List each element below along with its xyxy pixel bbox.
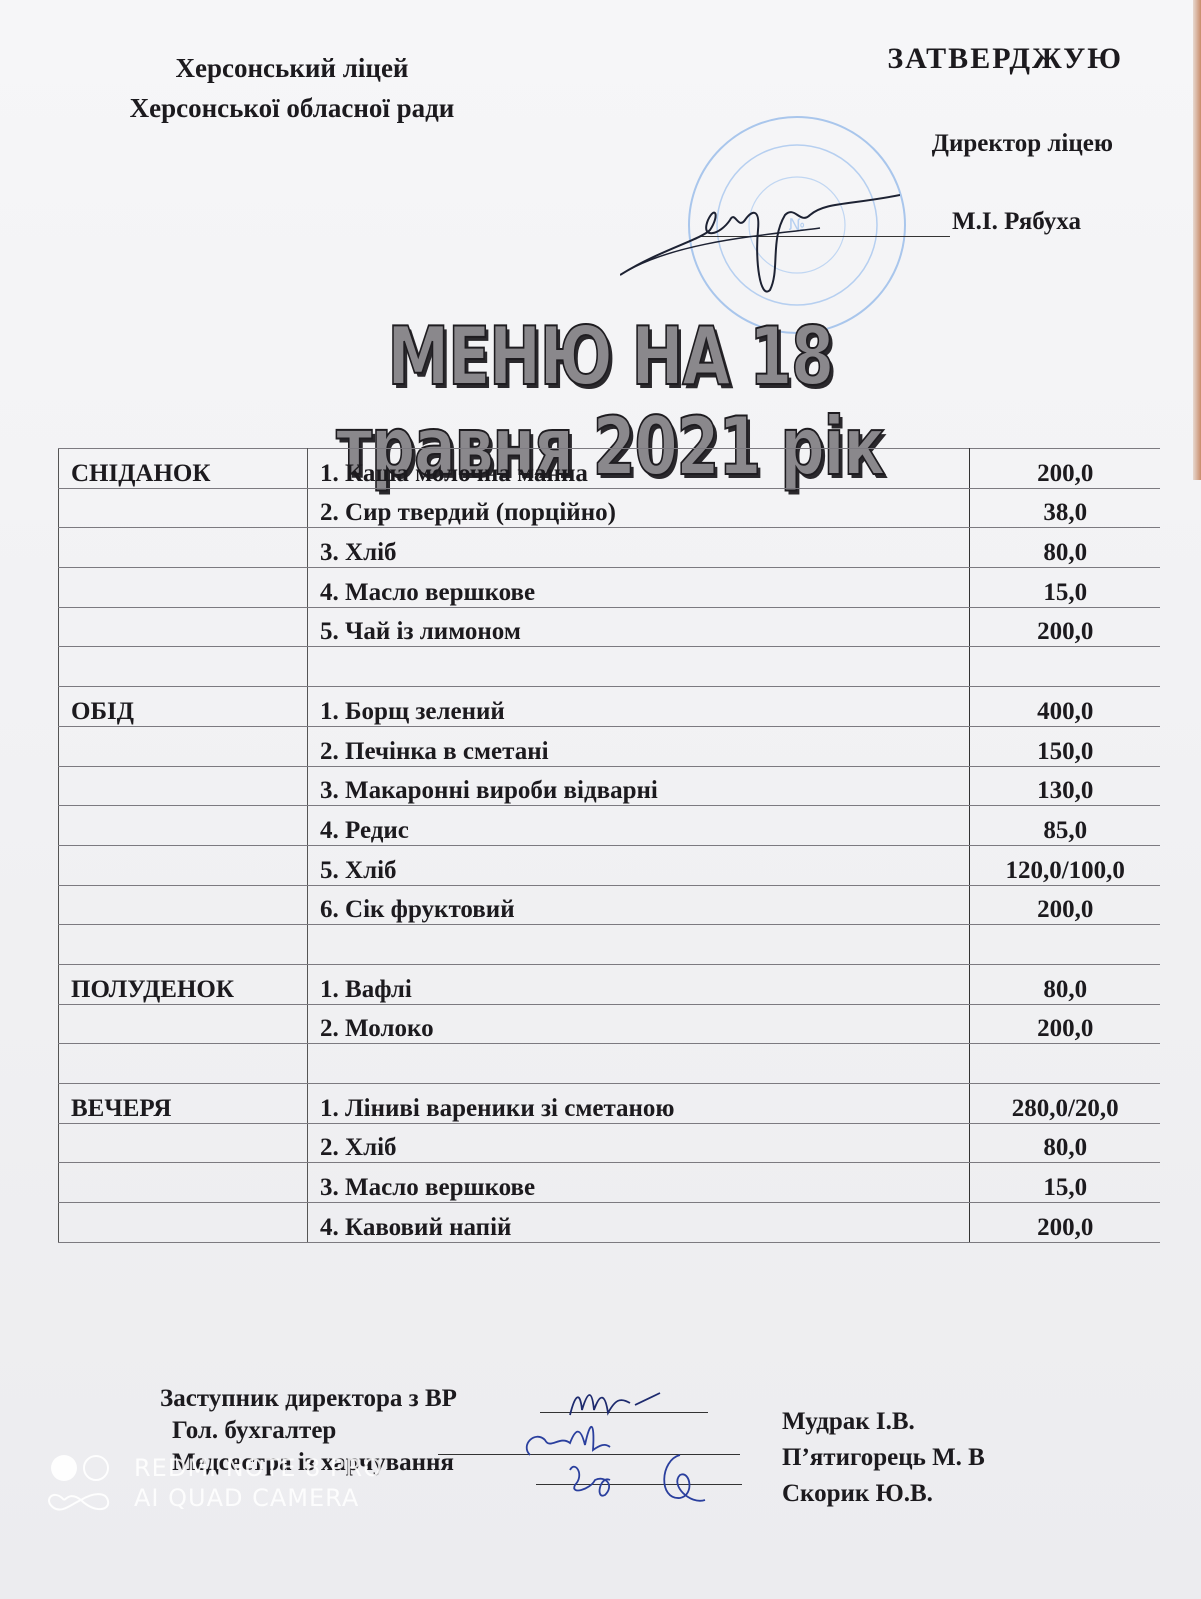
signatory-role-deputy: Заступник директора з ВР bbox=[160, 1383, 457, 1415]
meal-cell bbox=[59, 1123, 308, 1163]
meal-cell bbox=[59, 885, 308, 925]
menu-table: СНІДАНОК1. Каша молочна манна200,02. Сир… bbox=[58, 448, 1160, 1243]
signatory-name-accountant: П’ятигорець М. В bbox=[782, 1440, 985, 1476]
dish-cell: 1. Борщ зелений bbox=[308, 687, 970, 727]
dish-cell: 4. Масло вершкове bbox=[308, 568, 970, 608]
signatory-role-accountant: Гол. бухгалтер bbox=[160, 1415, 457, 1447]
quantity-cell: 130,0 bbox=[970, 766, 1160, 806]
organization-name: Херсонський ліцей Херсонської обласної р… bbox=[62, 48, 522, 128]
meal-cell: ОБІД bbox=[59, 687, 308, 727]
footer-names: Мудрак І.В. П’ятигорець М. В Скорик Ю.В. bbox=[782, 1404, 985, 1512]
watermark-line-2: AI QUAD CAMERA bbox=[134, 1483, 383, 1513]
table-row: ВЕЧЕРЯ1. Ліниві вареники зі сметаною280,… bbox=[59, 1084, 1161, 1124]
quantity-cell bbox=[970, 1044, 1160, 1084]
table-row: 2. Сир твердий (порційно)38,0 bbox=[59, 488, 1161, 528]
signatory-name-deputy: Мудрак І.В. bbox=[782, 1404, 985, 1440]
meal-cell bbox=[59, 806, 308, 846]
meal-cell bbox=[59, 1203, 308, 1243]
quantity-cell: 120,0/100,0 bbox=[970, 845, 1160, 885]
dish-cell: 1. Каша молочна манна bbox=[308, 449, 970, 489]
quantity-cell: 200,0 bbox=[970, 1203, 1160, 1243]
quantity-cell bbox=[970, 925, 1160, 965]
quantity-cell: 280,0/20,0 bbox=[970, 1084, 1160, 1124]
dish-cell: 6. Сік фруктовий bbox=[308, 885, 970, 925]
dish-cell: 2. Печінка в сметані bbox=[308, 726, 970, 766]
paper-edge bbox=[1193, 0, 1201, 480]
table-row bbox=[59, 647, 1161, 687]
dish-cell bbox=[308, 925, 970, 965]
dish-cell: 4. Редис bbox=[308, 806, 970, 846]
quantity-cell: 200,0 bbox=[970, 449, 1160, 489]
meal-cell bbox=[59, 1044, 308, 1084]
dish-cell bbox=[308, 1044, 970, 1084]
quantity-cell: 150,0 bbox=[970, 726, 1160, 766]
meal-cell: СНІДАНОК bbox=[59, 449, 308, 489]
quantity-cell: 400,0 bbox=[970, 687, 1160, 727]
nurse-signature-icon bbox=[650, 1450, 710, 1510]
dish-cell: 5. Чай із лимоном bbox=[308, 607, 970, 647]
director-name: М.І. Рябуха bbox=[952, 208, 1081, 236]
meal-cell bbox=[59, 488, 308, 528]
table-row: 4. Редис85,0 bbox=[59, 806, 1161, 846]
dish-cell: 4. Кавовий напій bbox=[308, 1203, 970, 1243]
table-row: 3. Хліб80,0 bbox=[59, 528, 1161, 568]
quantity-cell: 15,0 bbox=[970, 568, 1160, 608]
quad-camera-icon bbox=[48, 1453, 114, 1515]
meal-cell bbox=[59, 1004, 308, 1044]
meal-cell bbox=[59, 1163, 308, 1203]
meal-cell bbox=[59, 766, 308, 806]
table-row: 4. Кавовий напій200,0 bbox=[59, 1203, 1161, 1243]
table-row bbox=[59, 1044, 1161, 1084]
meal-cell bbox=[59, 925, 308, 965]
quantity-cell: 200,0 bbox=[970, 885, 1160, 925]
quantity-cell: 80,0 bbox=[970, 964, 1160, 1004]
table-row: ОБІД1. Борщ зелений400,0 bbox=[59, 687, 1161, 727]
quantity-cell bbox=[970, 647, 1160, 687]
table-row: ПОЛУДЕНОК1. Вафлі80,0 bbox=[59, 964, 1161, 1004]
dish-cell: 2. Сир твердий (порційно) bbox=[308, 488, 970, 528]
quantity-cell: 200,0 bbox=[970, 1004, 1160, 1044]
organization-line-1: Херсонський ліцей bbox=[62, 48, 522, 88]
meal-cell: ВЕЧЕРЯ bbox=[59, 1084, 308, 1124]
approve-label: ЗАТВЕРДЖУЮ bbox=[887, 42, 1123, 76]
table-row: 2. Молоко200,0 bbox=[59, 1004, 1161, 1044]
dish-cell: 5. Хліб bbox=[308, 845, 970, 885]
quantity-cell: 15,0 bbox=[970, 1163, 1160, 1203]
meal-cell bbox=[59, 528, 308, 568]
meal-cell bbox=[59, 726, 308, 766]
table-row: 3. Макаронні вироби відварні130,0 bbox=[59, 766, 1161, 806]
dish-cell: 1. Ліниві вареники зі сметаною bbox=[308, 1084, 970, 1124]
accountant-signature-icon bbox=[515, 1415, 635, 1510]
dish-cell: 2. Молоко bbox=[308, 1004, 970, 1044]
table-row bbox=[59, 925, 1161, 965]
table-row: СНІДАНОК1. Каша молочна манна200,0 bbox=[59, 449, 1161, 489]
meal-cell: ПОЛУДЕНОК bbox=[59, 964, 308, 1004]
dish-cell: 3. Хліб bbox=[308, 528, 970, 568]
table-row: 2. Печінка в сметані150,0 bbox=[59, 726, 1161, 766]
meal-cell bbox=[59, 845, 308, 885]
director-signature-icon bbox=[620, 180, 900, 310]
quantity-cell: 38,0 bbox=[970, 488, 1160, 528]
dish-cell: 3. Макаронні вироби відварні bbox=[308, 766, 970, 806]
table-row: 4. Масло вершкове15,0 bbox=[59, 568, 1161, 608]
table-row: 6. Сік фруктовий200,0 bbox=[59, 885, 1161, 925]
table-row: 2. Хліб80,0 bbox=[59, 1123, 1161, 1163]
quantity-cell: 80,0 bbox=[970, 1123, 1160, 1163]
table-row: 5. Чай із лимоном200,0 bbox=[59, 607, 1161, 647]
quantity-cell: 80,0 bbox=[970, 528, 1160, 568]
organization-line-2: Херсонської обласної ради bbox=[62, 88, 522, 128]
director-title: Директор ліцею bbox=[932, 130, 1113, 158]
signatory-name-nurse: Скорик Ю.В. bbox=[782, 1476, 985, 1512]
table-row: 3. Масло вершкове15,0 bbox=[59, 1163, 1161, 1203]
table-row: 5. Хліб120,0/100,0 bbox=[59, 845, 1161, 885]
dish-cell: 1. Вафлі bbox=[308, 964, 970, 1004]
meal-cell bbox=[59, 568, 308, 608]
quantity-cell: 85,0 bbox=[970, 806, 1160, 846]
dish-cell: 2. Хліб bbox=[308, 1123, 970, 1163]
meal-cell bbox=[59, 647, 308, 687]
quantity-cell: 200,0 bbox=[970, 607, 1160, 647]
watermark-line-1: REDMI NOTE 8 PRO bbox=[134, 1453, 383, 1483]
dish-cell bbox=[308, 647, 970, 687]
meal-cell bbox=[59, 607, 308, 647]
dish-cell: 3. Масло вершкове bbox=[308, 1163, 970, 1203]
